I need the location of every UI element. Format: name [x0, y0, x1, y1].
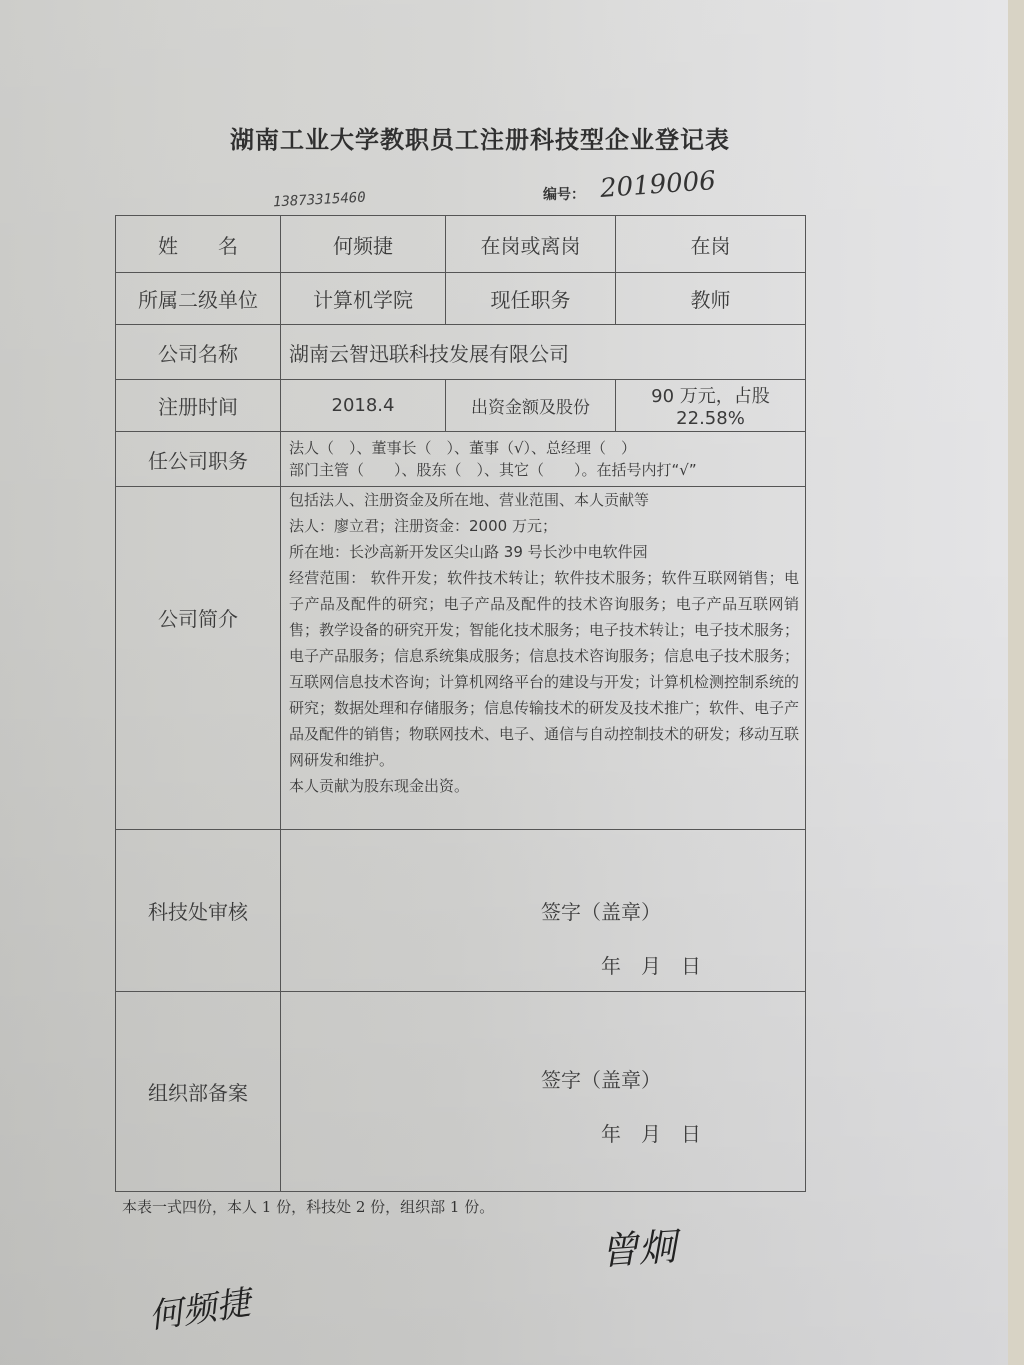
- registration-form-table: 姓 名 何频捷 在岗或离岗 在岗 所属二级单位 计算机学院 现任职务 教师 公司…: [115, 215, 806, 1192]
- unit-label: 所属二级单位: [116, 273, 281, 325]
- serial-label: 编号：: [543, 184, 585, 204]
- role-label: 任公司职务: [116, 432, 281, 487]
- status-value: 在岗: [616, 216, 806, 273]
- name-value: 何频捷: [281, 216, 446, 273]
- record-signature-area: 签字（盖章） 年 月 日: [281, 992, 806, 1192]
- company-value: 湖南云智迅联科技发展有限公司: [281, 325, 806, 380]
- intro-line: 法人：廖立君；注册资金：2000 万元；: [289, 513, 799, 539]
- row-review: 科技处审核 签字（盖章） 年 月 日: [116, 830, 806, 992]
- record-label: 组织部备案: [116, 992, 281, 1192]
- row-role: 任公司职务 法人（ ）、董事长（ ）、董事（√）、总经理（ ） 部门主管（ ）、…: [116, 432, 806, 487]
- investment-value: 90 万元，占股 22.58%: [616, 380, 806, 432]
- record-sign-text: 签字（盖章）: [541, 1064, 661, 1093]
- investment-label: 出资金额及股份: [446, 380, 616, 432]
- row-registration: 注册时间 2018.4 出资金额及股份 90 万元，占股 22.58%: [116, 380, 806, 432]
- role-options: 法人（ ）、董事长（ ）、董事（√）、总经理（ ） 部门主管（ ）、股东（ ）、…: [281, 432, 806, 487]
- record-date-text: 年 月 日: [601, 1118, 701, 1147]
- paper-edge: [1008, 0, 1024, 1365]
- row-unit: 所属二级单位 计算机学院 现任职务 教师: [116, 273, 806, 325]
- role-line-2: 部门主管（ ）、股东（ ）、其它（ ）。在括号内打“√”: [289, 459, 805, 481]
- reviewer-signature: 曾炯: [598, 1215, 678, 1275]
- row-name: 姓 名 何频捷 在岗或离岗 在岗: [116, 216, 806, 273]
- role-line-1: 法人（ ）、董事长（ ）、董事（√）、总经理（ ）: [289, 437, 805, 459]
- review-sign-text: 签字（盖章）: [541, 896, 661, 925]
- row-intro: 公司简介 包括法人、注册资金及所在地、营业范围、本人贡献等 法人：廖立君；注册资…: [116, 487, 806, 830]
- name-label: 姓 名: [116, 216, 281, 273]
- footnote: 本表一式四份，本人 1 份，科技处 2 份，组织部 1 份。: [122, 1196, 494, 1217]
- unit-value: 计算机学院: [281, 273, 446, 325]
- reg-time-value: 2018.4: [281, 380, 446, 432]
- status-label: 在岗或离岗: [446, 216, 616, 273]
- position-label: 现任职务: [446, 273, 616, 325]
- intro-line: 经营范围： 软件开发；软件技术转让；软件技术服务；软件互联网销售；电子产品及配件…: [289, 565, 799, 773]
- intro-line: 所在地：长沙高新开发区尖山路 39 号长沙中电软件园: [289, 539, 799, 565]
- intro-line: 本人贡献为股东现金出资。: [289, 773, 799, 799]
- intro-line: 包括法人、注册资金及所在地、营业范围、本人贡献等: [289, 487, 799, 513]
- company-label: 公司名称: [116, 325, 281, 380]
- intro-label: 公司简介: [116, 487, 281, 830]
- review-label: 科技处审核: [116, 830, 281, 992]
- position-value: 教师: [616, 273, 806, 325]
- review-date-text: 年 月 日: [601, 950, 701, 979]
- reg-time-label: 注册时间: [116, 380, 281, 432]
- document-title: 湖南工业大学教职员工注册科技型企业登记表: [200, 120, 760, 155]
- row-company: 公司名称 湖南云智迅联科技发展有限公司: [116, 325, 806, 380]
- intro-content: 包括法人、注册资金及所在地、营业范围、本人贡献等 法人：廖立君；注册资金：200…: [281, 487, 806, 830]
- review-signature-area: 签字（盖章） 年 月 日: [281, 830, 806, 992]
- row-record: 组织部备案 签字（盖章） 年 月 日: [116, 992, 806, 1192]
